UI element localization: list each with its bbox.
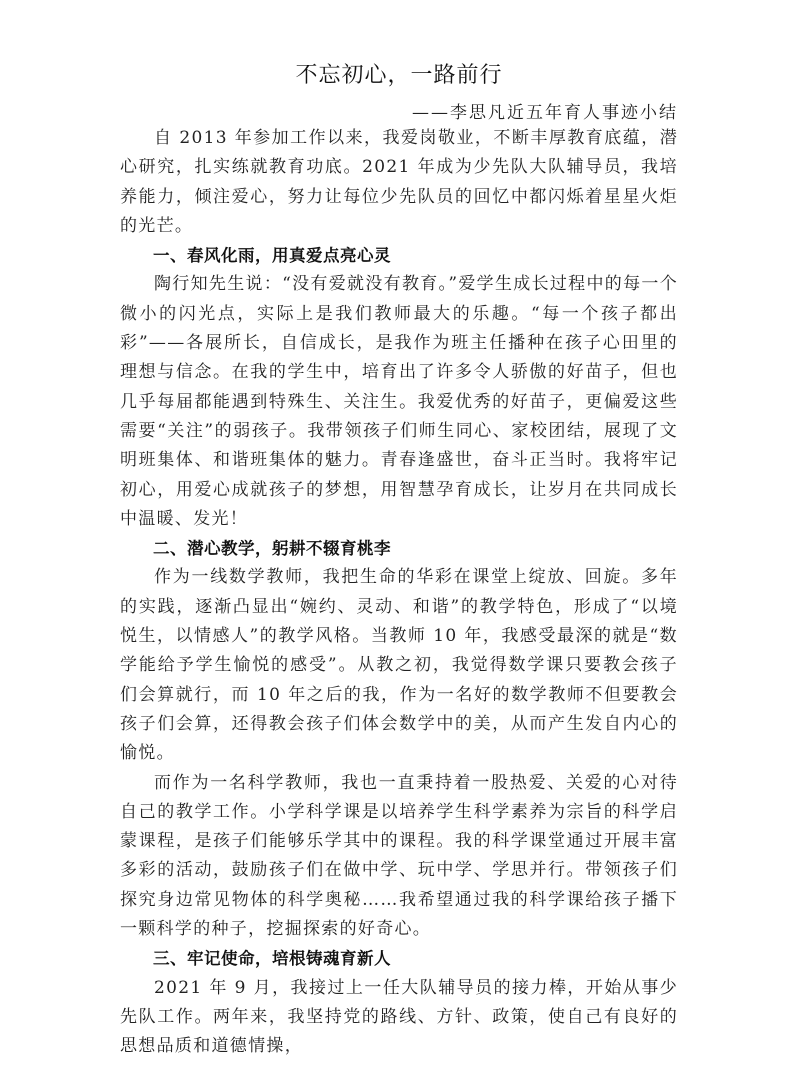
document-body: 自 2013 年参加工作以来，我爱岗敬业，不断丰厚教育底蕴，潜心研究，扎实练就教… [120,124,678,1062]
section-2-paragraph-2: 而作为一名科学教师，我也一直秉持着一股热爱、关爱的心对待自己的教学工作。小学科学… [120,769,678,945]
document-subtitle: ——李思凡近五年育人事迹小结 [120,98,678,123]
section-heading-3: 三、牢记使命，培根铸魂育新人 [120,944,678,973]
section-2-paragraph-1: 作为一线数学教师，我把生命的华彩在课堂上绽放、回旋。多年的实践，逐渐凸显出“婉约… [120,563,678,768]
section-3-paragraph-1: 2021 年 9 月，我接过上一任大队辅导员的接力棒，开始从事少先队工作。两年来… [120,974,678,1062]
section-1-paragraph-1: 陶行知先生说：“没有爱就没有教育。”爱学生成长过程中的每一个微小的闪光点，实际上… [120,270,678,534]
section-heading-2: 二、潜心教学，躬耕不辍育桃李 [120,534,678,563]
intro-paragraph: 自 2013 年参加工作以来，我爱岗敬业，不断丰厚教育底蕴，潜心研究，扎实练就教… [120,124,678,241]
document-title: 不忘初心，一路前行 [120,58,678,89]
section-heading-1: 一、春风化雨，用真爱点亮心灵 [120,241,678,270]
